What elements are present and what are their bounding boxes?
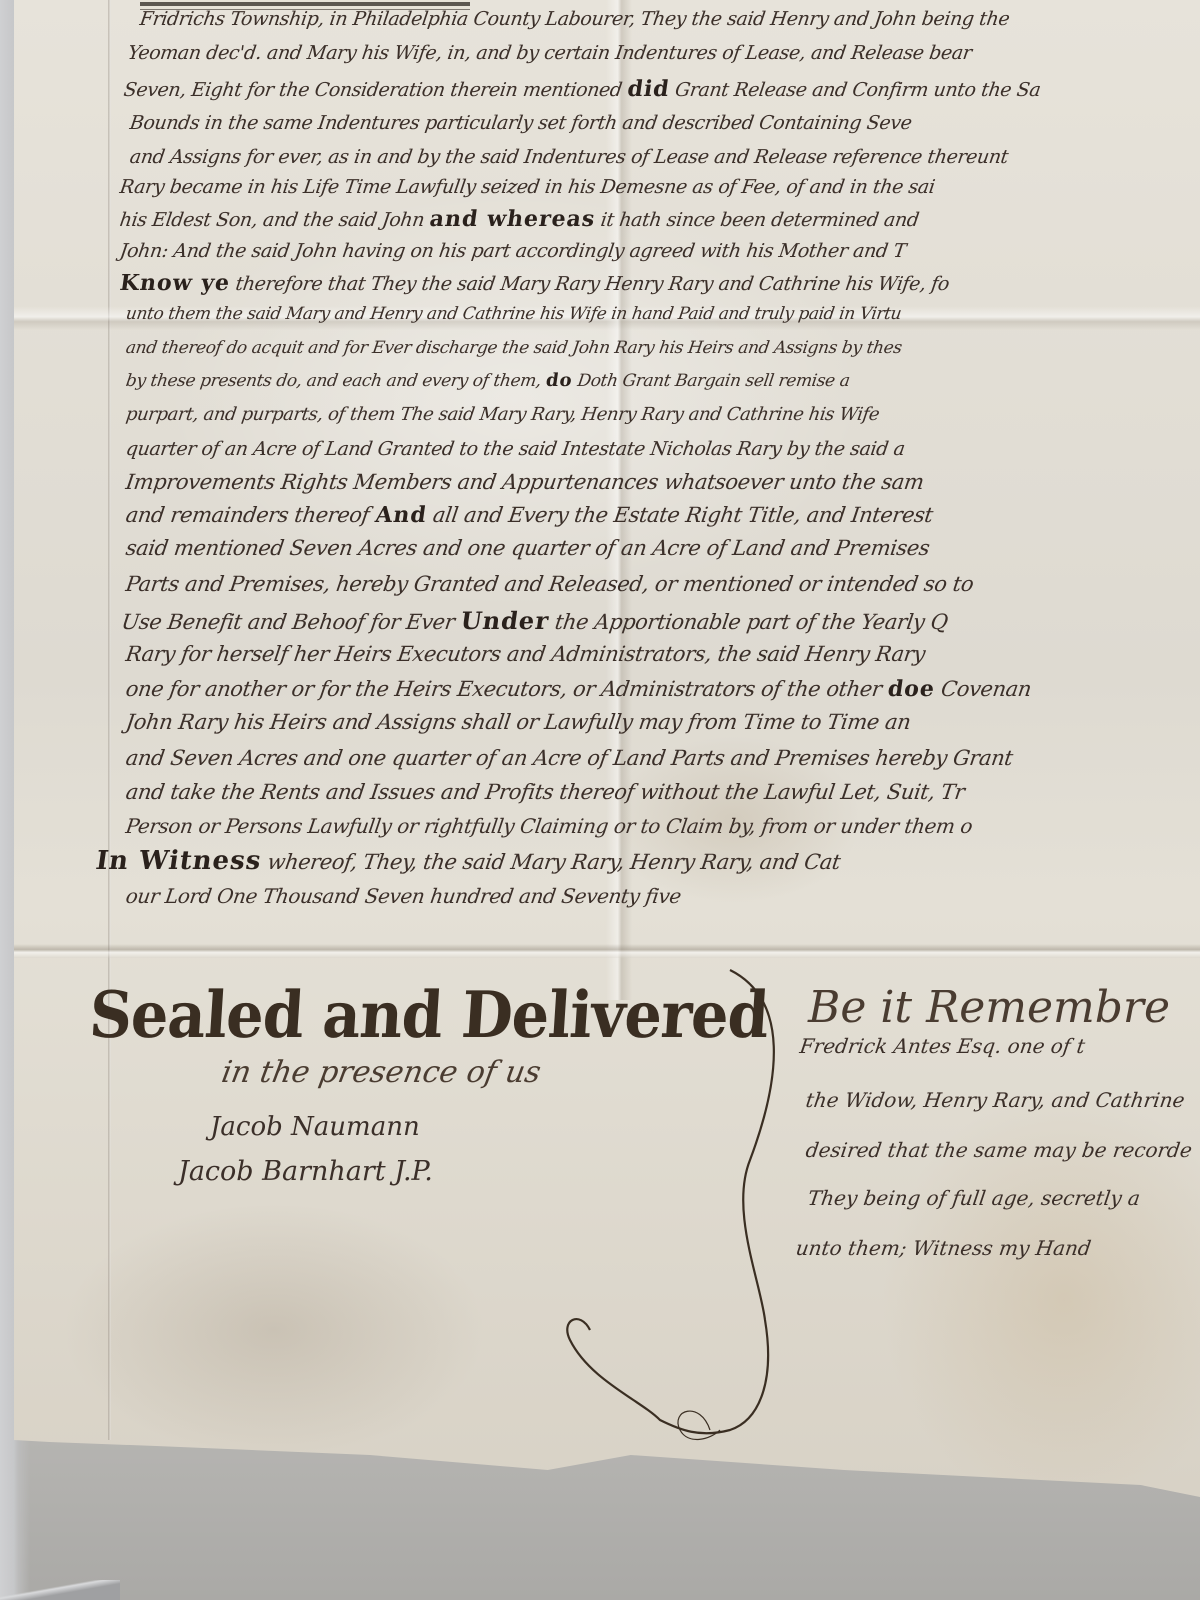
deed-line: Yeoman dec'd. and Mary his Wife, in, and… — [126, 42, 973, 64]
fold-crease-lower — [14, 944, 1200, 958]
deed-line: Seven, Eight for the Consideration there… — [122, 76, 1042, 102]
blackletter-under: Under — [459, 606, 551, 635]
blackletter-do: do — [545, 370, 575, 391]
deed-line: John Rary his Heirs and Assigns shall or… — [124, 710, 912, 734]
deed-line: Person or Persons Lawfully or rightfully… — [124, 814, 974, 838]
deed-line: said mentioned Seven Acres and one quart… — [124, 536, 931, 560]
deed-line: unto them the said Mary and Henry and Ca… — [125, 304, 903, 324]
deed-line: Rary became in his Life Time Lawfully se… — [118, 176, 936, 198]
blackletter-did: did — [626, 76, 672, 102]
deed-line: our Lord One Thousand Seven hundred and … — [124, 884, 682, 908]
witness-signature: Jacob Barnhart J.P. — [178, 1156, 433, 1187]
deed-line: quarter of an Acre of Land Granted to th… — [124, 438, 906, 460]
deed-line: one for another or for the Heirs Executo… — [124, 676, 1033, 702]
blackletter-know-ye: Know ye — [118, 270, 232, 296]
deed-line: Fridrichs Township, in Philadelphia Coun… — [138, 8, 1010, 30]
top-rule — [140, 2, 470, 6]
deed-line: Know ye therefore that They the said Mar… — [118, 270, 951, 296]
certificate-line: They being of full age, secretly a — [806, 1186, 1141, 1210]
blackletter-in-witness: In Witness — [94, 846, 264, 876]
certificate-line: Fredrick Antes Esq. one of t — [798, 1034, 1086, 1058]
deed-line: his Eldest Son, and the said John and wh… — [118, 206, 920, 232]
deed-line: John: And the said John having on his pa… — [118, 240, 907, 262]
blackletter-doe: doe — [886, 676, 937, 702]
deed-line: and remainders thereof And all and Every… — [124, 502, 934, 528]
deed-line: Improvements Rights Members and Appurten… — [124, 470, 925, 494]
certificate-line: desired that the same may be recorde — [804, 1138, 1193, 1162]
presence-subheading: in the presence of us — [219, 1055, 544, 1090]
blackletter-and: And — [374, 502, 429, 528]
deed-line: and Seven Acres and one quarter of an Ac… — [124, 746, 1014, 770]
deed-line: Use Benefit and Behoof for Ever Under th… — [120, 606, 950, 635]
witness-signature: Jacob Naumann — [210, 1112, 420, 1142]
certificate-line: the Widow, Henry Rary, and Cathrine — [804, 1088, 1186, 1112]
deed-line: and take the Rents and Issues and Profit… — [124, 780, 966, 804]
deed-line: In Witness whereof, They, the said Mary … — [94, 846, 843, 876]
deed-line: and thereof do acquit and for Ever disch… — [125, 338, 903, 358]
blackletter-and-whereas: and whereas — [428, 206, 597, 232]
frame-edge — [0, 1580, 120, 1600]
deed-line: Parts and Premises, hereby Granted and R… — [124, 572, 975, 596]
deed-line: and Assigns for ever, as in and by the s… — [128, 146, 1009, 168]
sealed-and-delivered-heading: Sealed and Delivered — [87, 978, 770, 1053]
deed-line: Bounds in the same Indentures particular… — [128, 112, 913, 134]
certificate-line: unto them; Witness my Hand — [794, 1236, 1092, 1260]
deed-line: Rary for herself her Heirs Executors and… — [124, 642, 926, 666]
deed-line: by these presents do, and each and every… — [125, 370, 852, 391]
margin-rule — [108, 0, 111, 1440]
certificate-heading: Be it Remembre — [808, 982, 1170, 1033]
deed-line: purpart, and purparts, of them The said … — [125, 404, 881, 425]
